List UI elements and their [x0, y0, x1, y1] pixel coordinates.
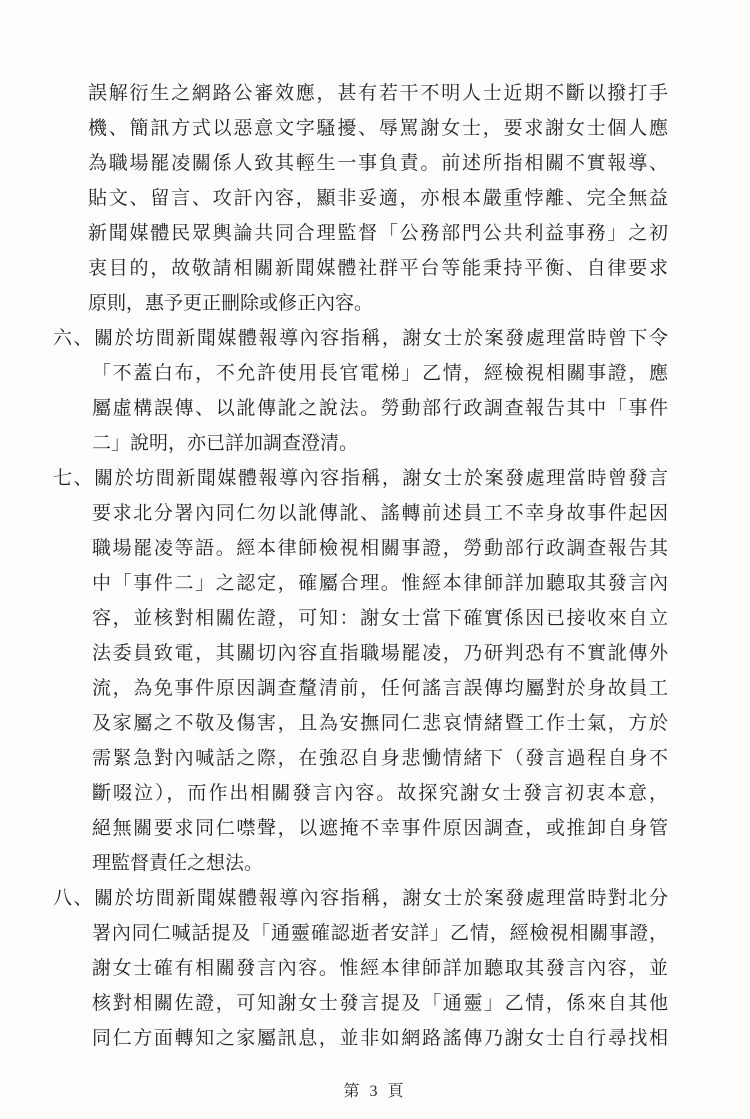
text-line: 謝女士確有相關發言內容。惟經本律師詳加聽取其發言內容，並: [92, 951, 668, 986]
text-line: 需緊急對內喊話之際，在強忍自身悲慟情緒下（發言過程自身不: [92, 741, 668, 776]
text-line: 屬虛構誤傳、以訛傳訛之說法。勞動部行政調查報告其中「事件: [92, 391, 668, 426]
numbered-item: 七、關於坊間新聞媒體報導內容指稱，謝女士於案發處理當時曾發言要求北分署內同仁勿以…: [53, 461, 668, 881]
paragraph-continuation: 誤解衍生之網路公審效應，甚有若干不明人士近期不斷以撥打手機、簡訊方式以惡意文字騷…: [53, 76, 668, 321]
item-first-line-text: 關於坊間新聞媒體報導內容指稱，謝女士於案發處理當時對北分: [94, 888, 668, 909]
item-marker: 七、: [53, 468, 94, 489]
text-line: 誤解衍生之網路公審效應，甚有若干不明人士近期不斷以撥打手: [88, 76, 668, 111]
text-line: 為職場罷凌關係人致其輕生一事負責。前述所指相關不實報導、: [88, 146, 668, 181]
numbered-item: 八、關於坊間新聞媒體報導內容指稱，謝女士於案發處理當時對北分署內同仁喊話提及「通…: [53, 881, 668, 1056]
text-line: 二」說明，亦已詳加調查澄清。: [92, 426, 668, 461]
document-body: 誤解衍生之網路公審效應，甚有若干不明人士近期不斷以撥打手機、簡訊方式以惡意文字騷…: [53, 76, 668, 1056]
text-line: 職場罷凌等語。經本律師檢視相關事證，勞動部行政調查報告其: [92, 531, 668, 566]
text-line: 核對相關佐證，可知謝女士發言提及「通靈」乙情，係來自其他: [92, 986, 668, 1021]
text-line: 六、關於坊間新聞媒體報導內容指稱，謝女士於案發處理當時曾下令: [53, 321, 668, 356]
text-line: 法委員致電，其關切內容直指職場罷凌，乃研判恐有不實訛傳外: [92, 636, 668, 671]
numbered-item: 六、關於坊間新聞媒體報導內容指稱，謝女士於案發處理當時曾下令「不蓋白布，不允許使…: [53, 321, 668, 461]
text-line: 八、關於坊間新聞媒體報導內容指稱，謝女士於案發處理當時對北分: [53, 881, 668, 916]
item-marker: 六、: [53, 328, 94, 349]
text-line: 新聞媒體民眾輿論共同合理監督「公務部門公共利益事務」之初: [88, 216, 668, 251]
page-number: 第 3 頁: [0, 1078, 750, 1101]
item-first-line-text: 關於坊間新聞媒體報導內容指稱，謝女士於案發處理當時曾發言: [94, 468, 668, 489]
text-line: 署內同仁喊話提及「通靈確認逝者安詳」乙情，經檢視相關事證，: [92, 916, 668, 951]
text-line: 同仁方面轉知之家屬訊息，並非如網路謠傳乃謝女士自行尋找相: [92, 1021, 668, 1056]
text-line: 「不蓋白布，不允許使用長官電梯」乙情，經檢視相關事證，應: [92, 356, 668, 391]
text-line: 衷目的，故敬請相關新聞媒體社群平台等能秉持平衡、自律要求: [88, 251, 668, 286]
text-line: 貼文、留言、攻訐內容，顯非妥適，亦根本嚴重悖離、完全無益: [88, 181, 668, 216]
text-line: 絕無關要求同仁噤聲，以遮掩不幸事件原因調查，或推卸自身管: [92, 811, 668, 846]
text-line: 流，為免事件原因調查釐清前，任何謠言誤傳均屬對於身故員工: [92, 671, 668, 706]
text-line: 中「事件二」之認定，確屬合理。惟經本律師詳加聽取其發言內: [92, 566, 668, 601]
document-page: 誤解衍生之網路公審效應，甚有若干不明人士近期不斷以撥打手機、簡訊方式以惡意文字騷…: [0, 0, 750, 1119]
text-line: 及家屬之不敬及傷害，且為安撫同仁悲哀情緒暨工作士氣，方於: [92, 706, 668, 741]
item-first-line-text: 關於坊間新聞媒體報導內容指稱，謝女士於案發處理當時曾下令: [94, 328, 668, 349]
text-line: 機、簡訊方式以惡意文字騷擾、辱罵謝女士，要求謝女士個人應: [88, 111, 668, 146]
text-line: 斷啜泣），而作出相關發言內容。故探究謝女士發言初衷本意，: [92, 776, 668, 811]
text-line: 理監督責任之想法。: [92, 846, 668, 881]
text-line: 七、關於坊間新聞媒體報導內容指稱，謝女士於案發處理當時曾發言: [53, 461, 668, 496]
item-marker: 八、: [53, 888, 94, 909]
text-line: 要求北分署內同仁勿以訛傳訛、謠轉前述員工不幸身故事件起因: [92, 496, 668, 531]
text-line: 原則，惠予更正刪除或修正內容。: [88, 286, 668, 321]
text-line: 容，並核對相關佐證，可知：謝女士當下確實係因已接收來自立: [92, 601, 668, 636]
